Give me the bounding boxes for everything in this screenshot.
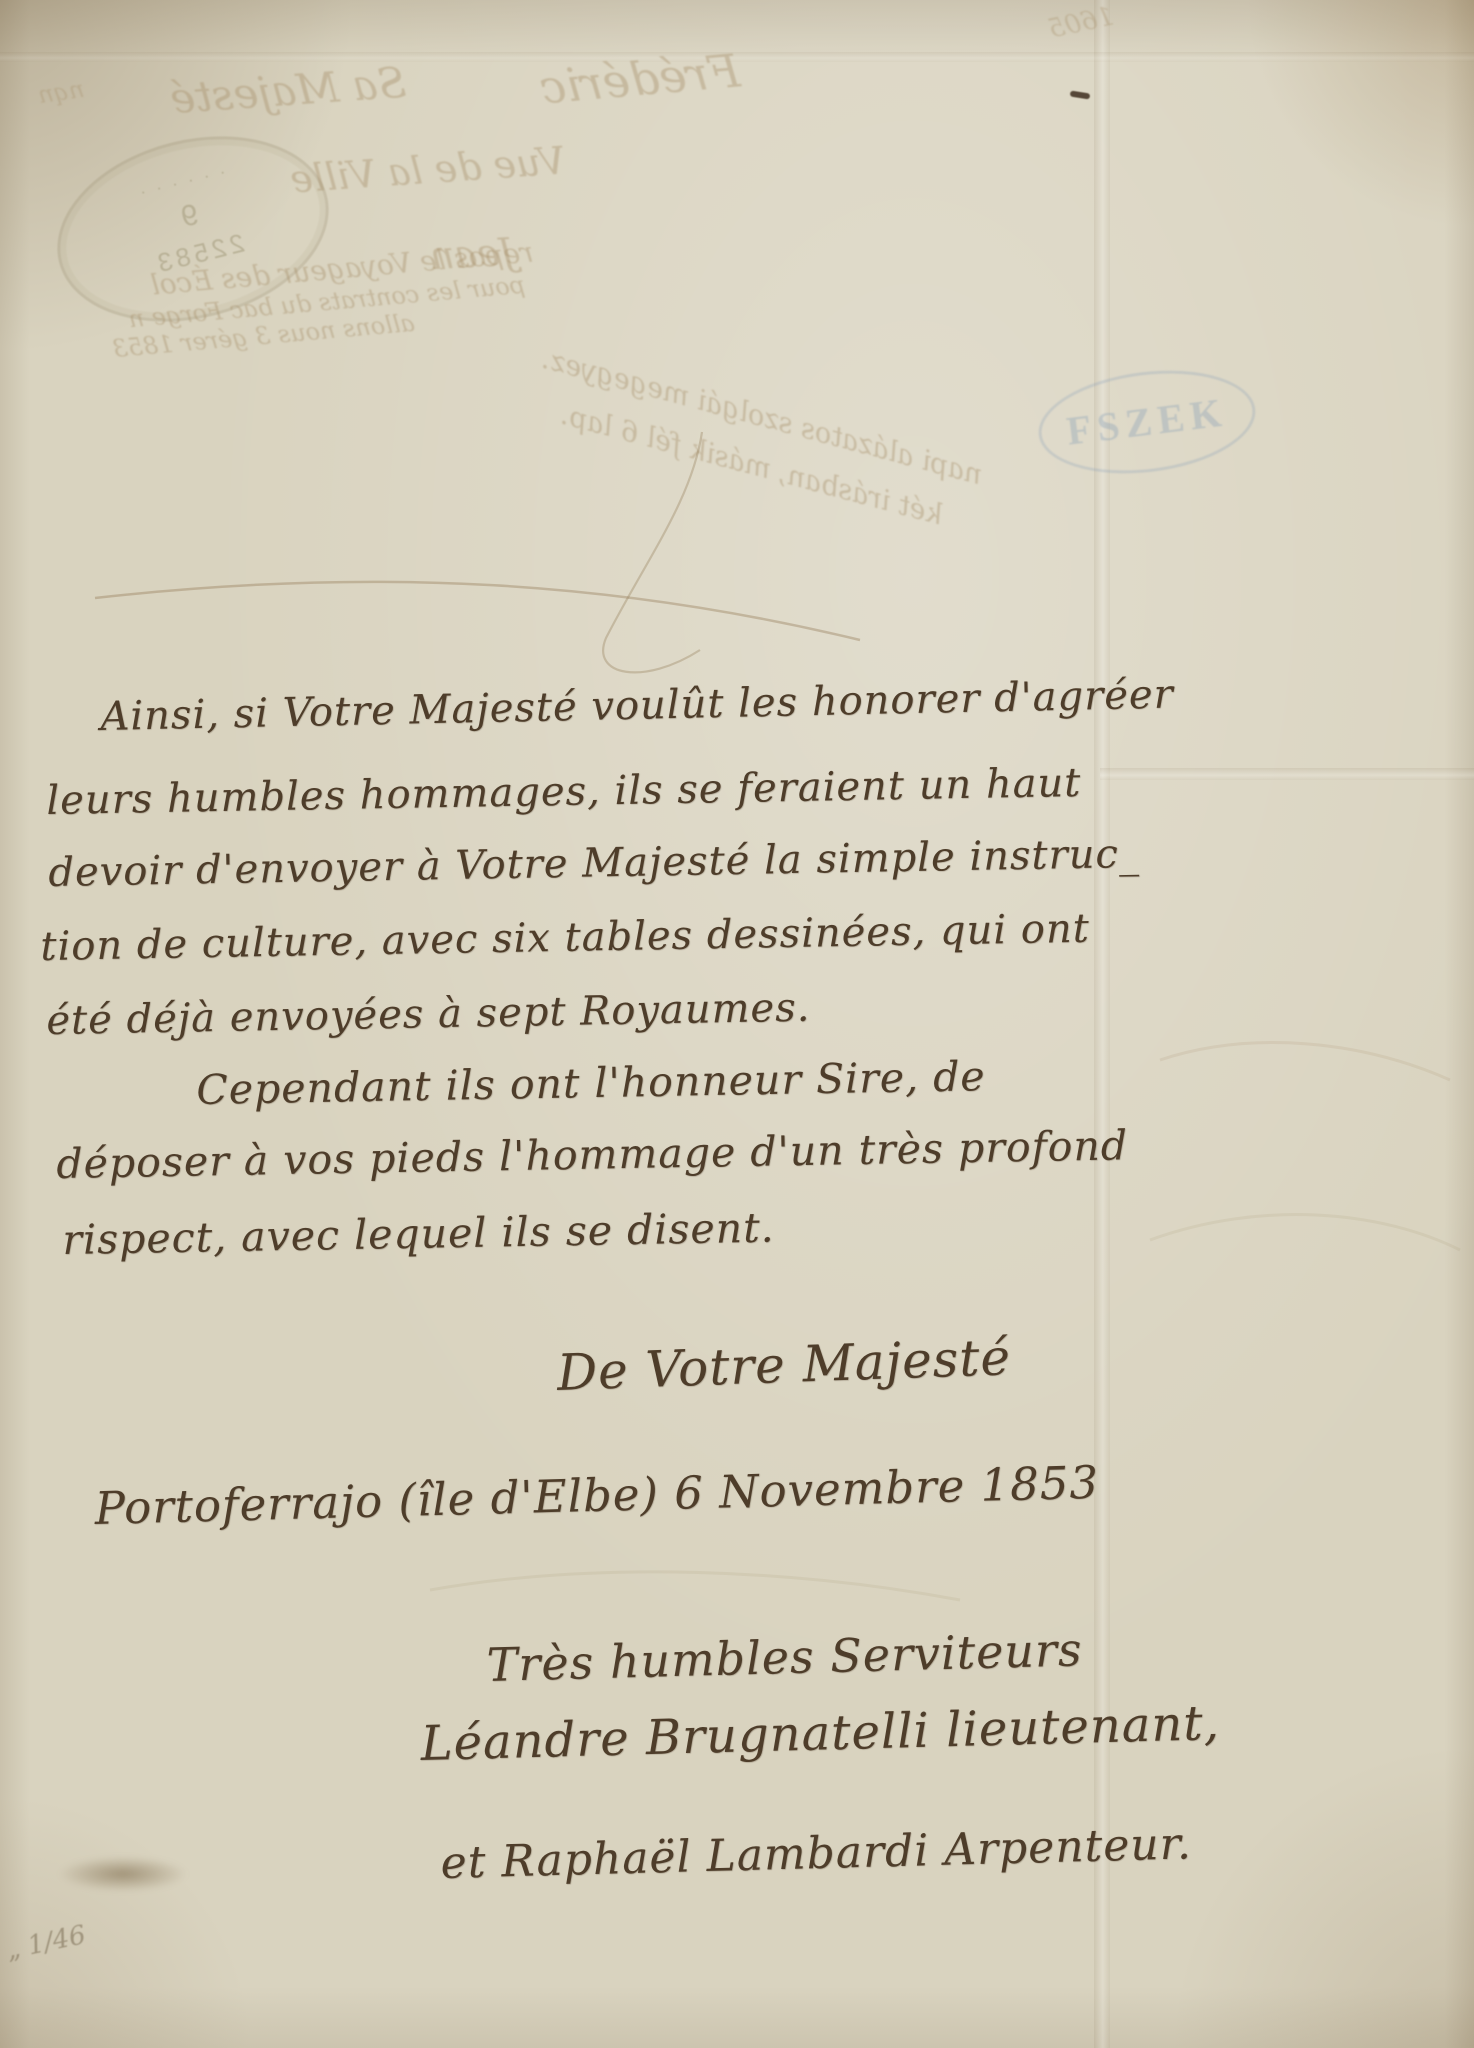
valediction-line: Très humbles Serviteurs (486, 1622, 1083, 1692)
corner-pencil-note: „ 1/46 (4, 1920, 89, 1966)
letter-line: Ainsi, si Votre Majesté voulût les honor… (100, 672, 1174, 740)
signature-line: Léandre Brugnatelli lieutenant, (420, 1695, 1220, 1772)
library-stamp-letters: FSZEK (1064, 389, 1229, 453)
letter-line: été déjà envoyées à sept Royaumes. (46, 985, 811, 1044)
letter-line: déposer à vos pieds l'hommage d'un très … (56, 1121, 1128, 1188)
letter-line: devoir d'envoyer à Votre Majesté la simp… (48, 831, 1140, 896)
letter-line: rispect, avec lequel ils se disent. (62, 1204, 775, 1264)
bleedthrough-line: Frédéric (538, 43, 742, 114)
signature-line: et Raphaël Lambardi Arpenteur. (440, 1818, 1192, 1889)
horizontal-fold-crease (1100, 768, 1474, 780)
bleedthrough-mark: nqn (36, 75, 86, 109)
bleedthrough-mark: 1605 (1046, 1, 1117, 44)
ink-dash-mark (1070, 90, 1091, 99)
ink-smudge (58, 1856, 188, 1892)
bleedthrough-line: Vue de la Ville (289, 138, 567, 201)
dateline: Portoferrajo (île d'Elbe) 6 Novembre 185… (94, 1456, 1100, 1535)
letter-line: leurs humbles hommages, ils se feraient … (46, 760, 1082, 824)
bleedthrough-line: Sa Majesté (169, 58, 408, 123)
closing-line: De Votre Majesté (556, 1328, 1012, 1402)
library-oval-stamp: FSZEK (1033, 359, 1262, 485)
letter-line: Cependant ils ont l'honneur Sire, de (196, 1052, 986, 1114)
letter-page: · · · · · · 9 22583 FSZEK Sa Majesté Fré… (0, 0, 1474, 2048)
letter-line: tion de culture, avec six tables dessiné… (40, 906, 1090, 970)
